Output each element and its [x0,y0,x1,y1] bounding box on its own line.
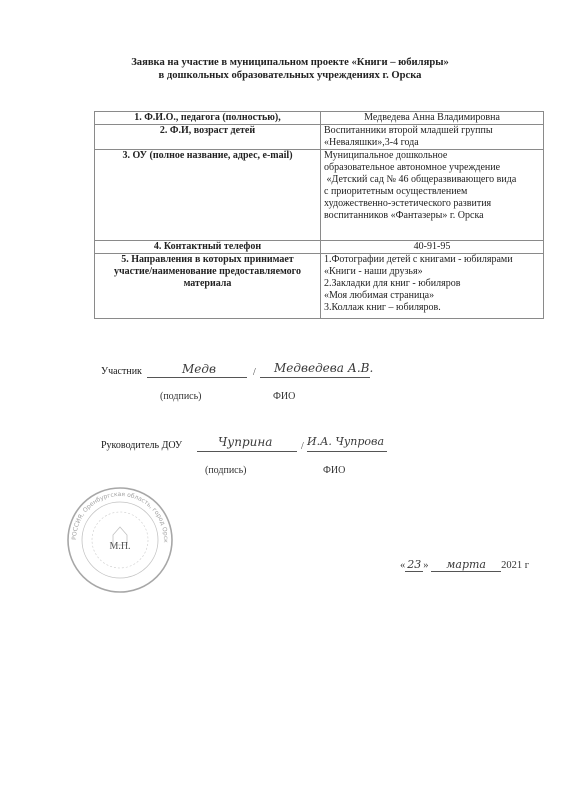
row-label: 4. Контактный телефон [95,241,321,254]
table-row: 5. Направления в которых принимает участ… [95,254,544,319]
director-signature-line [197,451,297,452]
value-line: художественно-эстетического развития [324,198,540,210]
participant-label: Участник [101,366,142,377]
official-stamp: РОССИЯ, Оренбургская область, город Орск… [65,485,175,595]
row-value: 40-91-95 [321,241,544,254]
value-line: 2.Закладки для книг - юбиляров [324,278,540,290]
date-close-quote: » [423,560,428,571]
row-value: Муниципальное дошкольное образовательное… [321,150,544,241]
value-line: «Неваляшки»,3-4 года [324,137,540,149]
value-line: «Детский сад № 46 общеразвивающего вида [324,174,540,186]
label-line: материала [98,278,317,290]
value-line: с приоритетным осуществлением [324,186,540,198]
application-table: 1. Ф.И.О., педагога (полностью), Медведе… [94,111,544,319]
row-value: 1.Фотографии детей с книгами - юбилярами… [321,254,544,319]
participant-signature-line [147,377,247,378]
separator: / [253,367,256,378]
value-line: 1.Фотографии детей с книгами - юбилярами [324,254,540,266]
table-row: 2. Ф.И, возраст детей Воспитанники второ… [95,125,544,150]
stamp-seal-icon: РОССИЯ, Оренбургская область, город Орск… [65,485,175,595]
participant-fio-line [260,377,370,378]
date-day: 23 [405,558,423,572]
value-line: «Книги - наши друзья» [324,266,540,278]
caption-fio: ФИО [323,465,345,476]
table-row: 4. Контактный телефон 40-91-95 [95,241,544,254]
director-fio-line [307,451,387,452]
director-label: Руководитель ДОУ [101,440,182,451]
row-label: 2. Ф.И, возраст детей [95,125,321,150]
date-month: марта [431,558,501,572]
signing-date: «23» марта2021 г [400,558,529,572]
table-row: 1. Ф.И.О., педагога (полностью), Медведе… [95,112,544,125]
row-value: Воспитанники второй младшей группы «Нева… [321,125,544,150]
caption-fio: ФИО [273,391,295,402]
value-line: Медведева Анна Владимировна [324,112,540,124]
value-line: Воспитанники второй младшей группы [324,125,540,137]
table-row: 3. ОУ (полное название, адрес, e-mail) М… [95,150,544,241]
separator: / [301,441,304,452]
value-line: образовательное автономное учреждение [324,162,540,174]
caption-signature: (подпись) [160,391,202,402]
label-line: участие/наименование предоставляемого [98,266,317,278]
value-line: «Моя любимая страница» [324,290,540,302]
caption-signature: (подпись) [205,465,247,476]
value-line: 3.Коллаж книг – юбиляров. [324,302,540,314]
date-year: 2021 г [501,560,529,571]
row-label: 1. Ф.И.О., педагога (полностью), [95,112,321,125]
value-line: Муниципальное дошкольное [324,150,540,162]
title-line-2: в дошкольных образовательных учреждениях… [100,69,480,82]
label-line: 5. Направления в которых принимает [98,254,317,266]
svg-text:РОССИЯ, Оренбургская область,: РОССИЯ, Оренбургская область, город Орск [71,491,169,543]
row-value: Медведева Анна Владимировна [321,112,544,125]
director-signature: Чуприна [218,435,272,449]
participant-signature: Медв [182,362,216,376]
document-title: Заявка на участие в муниципальном проект… [100,56,480,82]
director-fio-handwritten: И.А. Чупрова [307,435,384,448]
participant-fio-handwritten: Медведева А.В. [274,361,373,375]
stamp-mp-label: М.П. [109,541,130,552]
value-line: воспитанников «Фантазеры» г. Орска [324,210,540,222]
row-label: 5. Направления в которых принимает участ… [95,254,321,319]
title-line-1: Заявка на участие в муниципальном проект… [100,56,480,69]
value-line: 40-91-95 [324,241,540,253]
row-label: 3. ОУ (полное название, адрес, e-mail) [95,150,321,241]
